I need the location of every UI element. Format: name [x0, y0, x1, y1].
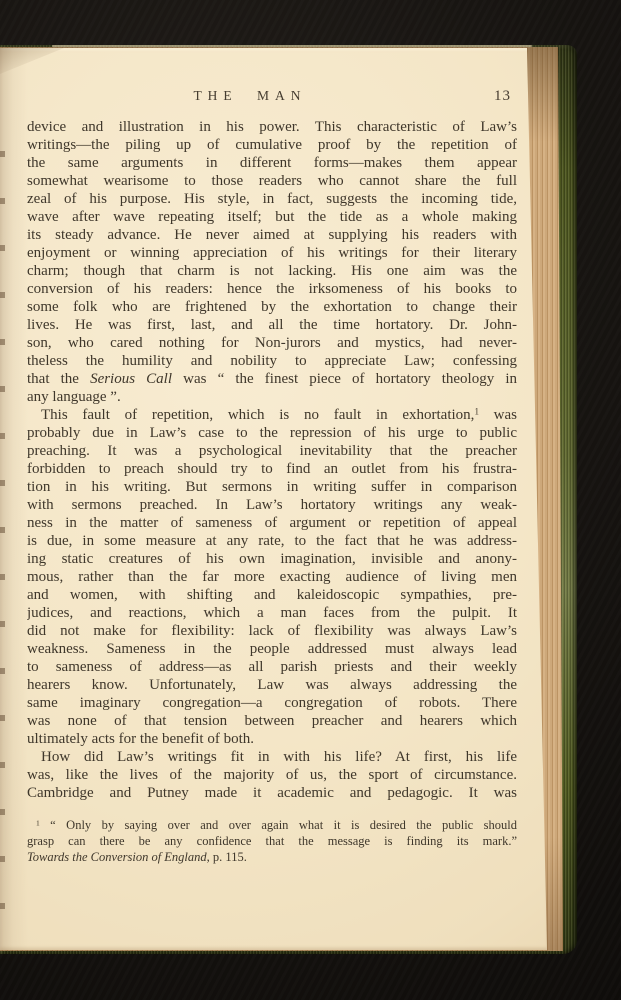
text-line: that the Serious Call was “ the finest p… [27, 370, 517, 388]
text-line: and women, with shifting and kaleidoscop… [27, 586, 517, 604]
photo-background: THE MAN 13 device and illustration in hi… [0, 0, 621, 1000]
text-line: ing static creatures of his own imaginat… [27, 550, 517, 568]
text-line: somewhat wearisome to those readers who … [27, 172, 517, 190]
text-line: writings—the piling up of cumulative pro… [27, 136, 517, 154]
text-line: with sermons preached. In Law’s hortator… [27, 496, 517, 514]
text-line: judices, and reactions, which a man face… [27, 604, 517, 622]
text-line: was, like the lives of the majority of u… [27, 766, 517, 784]
text-line: device and illustration in his power. Th… [27, 118, 517, 136]
text-line: any language ”. [27, 388, 517, 406]
text-line: grasp can there be any confidence that t… [27, 833, 517, 849]
text-line: did not make for flexibility: lack of fl… [27, 622, 517, 640]
footnote: 1 “ Only by saying over and over again w… [27, 817, 517, 865]
text-line: conversion of his readers: hence the irk… [27, 280, 517, 298]
page-top-edge-highlight [52, 45, 532, 47]
text-line: lives. He was first, last, and all the t… [27, 316, 517, 334]
book-page: THE MAN 13 device and illustration in hi… [0, 48, 548, 950]
text-line: weakness. Sameness in the people address… [27, 640, 517, 658]
text-line: Cambridge and Putney made it academic an… [27, 784, 517, 802]
running-header: THE MAN [27, 88, 517, 104]
text-line: ness in the matter of sameness of argume… [27, 514, 517, 532]
text-line: its steady advance. He never aimed at su… [27, 226, 517, 244]
text-line: charm; though that charm is not lacking.… [27, 262, 517, 280]
text-line: the same arguments in different forms—ma… [27, 154, 517, 172]
text-line: wave after wave repeating itself; but th… [27, 208, 517, 226]
text-line: was none of that tension between preache… [27, 712, 517, 730]
text-line: hearers know. Unfortunately, Law was alw… [27, 676, 517, 694]
opposite-page-edge-marks [0, 110, 5, 922]
text-line: same imaginary congregation—a congregati… [27, 694, 517, 712]
text-line: zeal of his purpose. His style, in fact,… [27, 190, 517, 208]
page-corner-shadow [0, 48, 64, 74]
text-line: preaching. It was a psychological inevit… [27, 442, 517, 460]
text-line: some folk who are frightened by the exho… [27, 298, 517, 316]
text-line: theless the humility and nobility to app… [27, 352, 517, 370]
text-line: 1 “ Only by saying over and over again w… [27, 817, 517, 833]
text-line: enjoyment or winning appreciation of his… [27, 244, 517, 262]
page-header: THE MAN 13 [27, 88, 517, 104]
text-line: is due, in some measure at any rate, to … [27, 532, 517, 550]
text-line: forbidden to preach should try to find a… [27, 460, 517, 478]
text-line: mous, rather than the far more exacting … [27, 568, 517, 586]
text-line: tion in his writing. But sermons in writ… [27, 478, 517, 496]
text-line: Towards the Conversion of England, p. 11… [27, 849, 517, 865]
text-line: How did Law’s writings fit in with his l… [27, 748, 517, 766]
page-number: 13 [494, 88, 511, 105]
page-content: THE MAN 13 device and illustration in hi… [27, 88, 517, 865]
text-line: to sameness of address—as all parish pri… [27, 658, 517, 676]
text-line: This fault of repetition, which is no fa… [27, 406, 517, 424]
book: THE MAN 13 device and illustration in hi… [0, 45, 577, 954]
body-text: device and illustration in his power. Th… [27, 118, 517, 802]
text-line: ultimately acts for the benefit of both. [27, 730, 517, 748]
text-line: son, who cared nothing for Non-jurors an… [27, 334, 517, 352]
text-line: probably due in Law’s case to the repres… [27, 424, 517, 442]
